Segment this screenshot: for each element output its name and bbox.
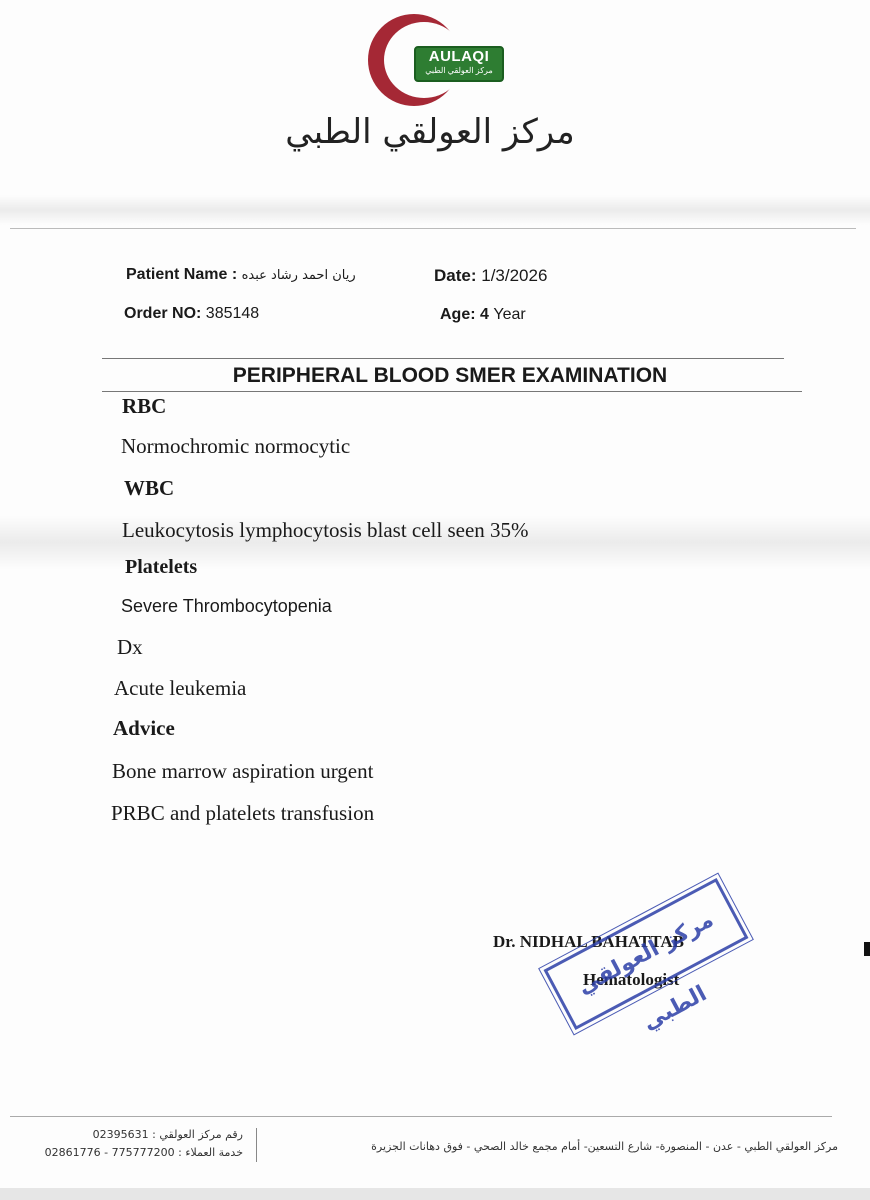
section-text-dx: Acute leukemia <box>114 676 246 701</box>
report-title: PERIPHERAL BLOOD SMER EXAMINATION <box>100 364 800 388</box>
clinic-name: مركز العولقي الطبي <box>270 112 590 152</box>
lab-report-page: AULAQI مركز العولقي الطبي مركز العولقي ا… <box>0 0 870 1188</box>
footer-center-phone: رقم مركز العولقي : 02395631 <box>58 1128 243 1141</box>
section-text-platelets: Severe Thrombocytopenia <box>121 596 332 617</box>
divider <box>10 228 856 229</box>
patient-age: Age: 4 Year <box>440 306 526 324</box>
order-number: Order NO: 385148 <box>124 305 259 323</box>
section-text-advice-2: PRBC and platelets transfusion <box>111 801 374 826</box>
footer-separator <box>256 1128 257 1162</box>
section-heading-rbc: RBC <box>122 394 166 419</box>
divider <box>102 358 784 359</box>
patient-name: Patient Name : ريان احمد رشاد عبده <box>126 266 356 284</box>
section-text-rbc: Normochromic normocytic <box>121 434 350 459</box>
clinic-stamp: مركز العولقي الطبي <box>544 878 749 1030</box>
logo-badge: AULAQI مركز العولقي الطبي <box>414 46 504 82</box>
bottom-strip <box>0 1188 870 1200</box>
clinic-logo: AULAQI مركز العولقي الطبي <box>368 14 503 106</box>
section-heading-platelets: Platelets <box>125 556 197 579</box>
edge-mark <box>864 942 870 956</box>
section-text-wbc: Leukocytosis lymphocytosis blast cell se… <box>122 518 529 543</box>
section-heading-wbc: WBC <box>124 476 174 501</box>
section-text-advice-1: Bone marrow aspiration urgent <box>112 759 373 784</box>
footer-divider <box>10 1116 832 1117</box>
section-heading-dx: Dx <box>117 635 143 660</box>
section-heading-advice: Advice <box>113 716 175 741</box>
scan-shadow <box>0 195 870 225</box>
report-date: Date: 1/3/2026 <box>434 266 547 286</box>
footer-customer-service: خدمة العملاء : 775777200 - 02861776 <box>8 1146 243 1159</box>
divider <box>102 391 802 392</box>
footer-address: مركز العولقي الطبي - عدن - المنصورة- شار… <box>268 1140 838 1153</box>
